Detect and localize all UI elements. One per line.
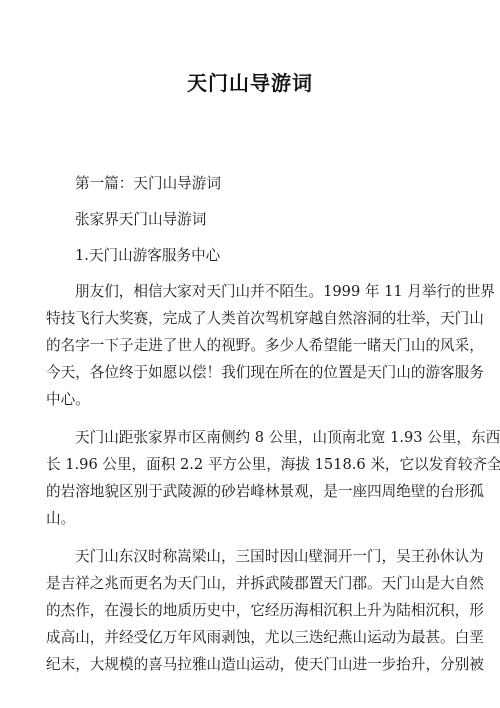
paragraph-line: 的杰作，在漫长的地质历史中，它经历海相沉积上升为陆相沉积，形 [46, 597, 454, 624]
section-heading: 第一篇：天门山导游词 [46, 170, 454, 197]
paragraph-line: 长 1.96 公里，面积 2.2 平方公里，海拔 1518.6 米，它以发育较齐… [46, 451, 454, 478]
document-title: 天门山导游词 [0, 67, 500, 96]
paragraph-line: 朋友们，相信大家对天门山并不陌生。1999 年 11 月举行的世界 [75, 278, 454, 305]
paragraph-line: 纪末，大规模的喜马拉雅山造山运动，使天门山进一步抬升，分别被 [46, 651, 454, 678]
paragraph-line: 天门山东汉时称嵩梁山，三国时因山壁洞开一门，吴王孙休认为 [75, 543, 454, 570]
paragraph-2: 天门山距张家界市区南侧约 8 公里，山顶南北宽 1.93 公里，东西 长 1.9… [46, 424, 454, 532]
paragraph-line: 是吉祥之兆而更名为天门山，并拆武陵郡置天门郡。天门山是大自然 [46, 570, 454, 597]
paragraph-line: 的名字一下子走进了世人的视野。多少人希望能一睹天门山的风采， [46, 332, 454, 359]
paragraph-line: 特技飞行大奖赛，完成了人类首次驾机穿越自然溶洞的壮举，天门山 [46, 305, 454, 332]
section-subheading: 张家界天门山导游词 [46, 206, 454, 233]
paragraph-line: 中心。 [46, 386, 454, 413]
paragraph-3: 天门山东汉时称嵩梁山，三国时因山壁洞开一门，吴王孙休认为 是吉祥之兆而更名为天门… [46, 543, 454, 678]
paragraph-line: 天门山距张家界市区南侧约 8 公里，山顶南北宽 1.93 公里，东西 [75, 424, 454, 451]
section-item-heading: 1.天门山游客服务中心 [46, 242, 454, 269]
paragraph-line: 成高山，并经受亿万年风雨剥蚀，尤以三迭纪燕山运动为最甚。白垩 [46, 624, 454, 651]
paragraph-line: 今天，各位终于如愿以偿！我们现在所在的位置是天门山的游客服务 [46, 359, 454, 386]
paragraph-line: 山。 [46, 505, 454, 532]
document-body: 第一篇：天门山导游词 张家界天门山导游词 1.天门山游客服务中心 朋友们，相信大… [46, 170, 454, 678]
paragraph-line: 的岩溶地貌区别于武陵源的砂岩峰林景观，是一座四周绝壁的台形孤 [46, 478, 454, 505]
paragraph-1: 朋友们，相信大家对天门山并不陌生。1999 年 11 月举行的世界 特技飞行大奖… [46, 278, 454, 413]
